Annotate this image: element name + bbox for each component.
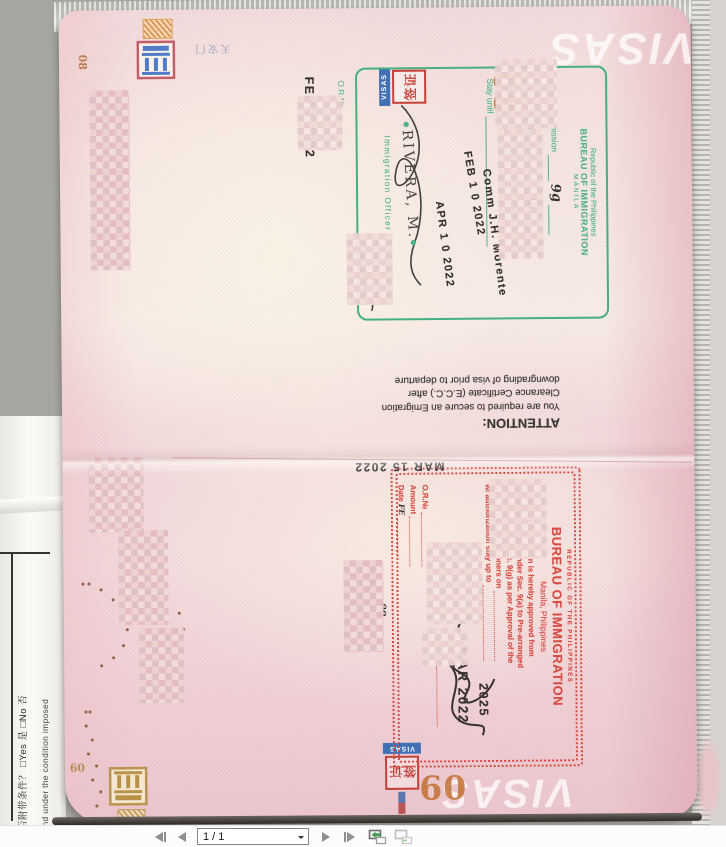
form-condition-text: … and under the condition imposed [40, 699, 50, 843]
form-border-line [11, 553, 13, 821]
gate-emblem-label: 天安门 [187, 41, 231, 56]
chevron-down-icon [298, 836, 304, 842]
mosaic-redaction [422, 627, 468, 665]
handwritten-section-from: 9g [547, 183, 564, 203]
mosaic-redaction [498, 129, 544, 259]
amount-label: Amount [409, 485, 418, 515]
triangle-right-icon [347, 832, 355, 842]
mosaic-redaction [297, 95, 342, 150]
plastic-sleeve-right-edge [692, 0, 726, 826]
chop-color-bar [399, 792, 406, 814]
form-question-text: 是否附带条件？ □Yes 是 □No 否 [15, 695, 29, 840]
handwritten-date-value: FE [397, 504, 406, 516]
move-page-right-button[interactable] [394, 829, 413, 845]
next-page-button[interactable] [322, 829, 330, 845]
page-number-09-corner: 09 [67, 761, 85, 774]
page-indicator: 1 / 1 [203, 831, 224, 843]
scanned-passport-viewer: 是否附带条件？ □Yes 是 □No 否 … and under the con… [0, 0, 726, 847]
mosaic-redaction [89, 90, 131, 270]
paper-fold [0, 496, 66, 513]
security-hatch-block [143, 19, 173, 39]
form-border-line [0, 552, 50, 554]
stay-until-label: Stay until [485, 78, 495, 113]
mosaic-redaction [139, 628, 185, 703]
mosaic-redaction [426, 542, 483, 624]
bar-icon [164, 832, 166, 842]
stamp-bureau-line: BUREAU OF IMMIGRATION [578, 77, 590, 306]
move-page-left-button[interactable] [368, 829, 387, 845]
transfer-page-right-icon [394, 829, 413, 845]
attention-line: downgrading of visa prior to departure [340, 372, 560, 387]
mosaic-redaction [489, 479, 548, 560]
page-number-08-corner: 08 [76, 55, 89, 70]
or-number-label: O.R.№ [421, 485, 430, 510]
stamp-bureau-title: BUREAU OF IMMIGRATION [549, 483, 566, 749]
attention-title: ATTENTION: [340, 415, 560, 432]
tiananmen-gate-emblem-gold [107, 766, 149, 806]
first-page-button[interactable] [155, 829, 166, 845]
last-page-button[interactable] [344, 829, 355, 845]
mosaic-redaction [346, 233, 393, 305]
date-label: Date [397, 485, 406, 502]
tiananmen-gate-emblem-blue [135, 40, 177, 80]
perforation-dots [85, 711, 88, 714]
sig-dot: ● [402, 121, 411, 130]
previous-page-button[interactable] [178, 829, 186, 845]
attention-line: You are required to secure an Emigration [340, 399, 560, 414]
perforation-dots [81, 583, 84, 586]
mosaic-redaction [495, 58, 558, 129]
sig-dot: ● [409, 239, 418, 248]
passport-scan: 08 天安门 VISAS VISAS 签证 08 O.R.№ FEB 1 202… [58, 5, 697, 822]
attention-note: ATTENTION: You are required to secure an… [333, 328, 566, 434]
page-gutter [62, 441, 694, 475]
underlying-form-paper: 是否附带条件？ □Yes 是 □No 否 … and under the con… [0, 416, 66, 825]
stamp-republic-line: REPUBLIC OF THE PHILIPPINES [565, 483, 573, 749]
mosaic-redaction [343, 560, 384, 652]
mosaic-redaction [118, 530, 169, 625]
passport-edge-blur [694, 726, 726, 822]
triangle-left-icon [178, 832, 186, 842]
triangle-right-icon [322, 832, 330, 842]
page-number-combobox[interactable]: 1 / 1 [197, 828, 309, 845]
green-admission-stamp: Republic of the Philippines BUREAU OF IM… [355, 65, 609, 320]
transfer-page-left-icon [368, 829, 387, 845]
triangle-left-icon [155, 832, 163, 842]
bar-icon [344, 832, 346, 842]
immigration-officer-title: Immigration Officer [383, 135, 393, 231]
attention-line: Clearance Certificate (E.C.C.) after [340, 385, 560, 400]
viewer-toolbar: 1 / 1 [0, 825, 726, 847]
